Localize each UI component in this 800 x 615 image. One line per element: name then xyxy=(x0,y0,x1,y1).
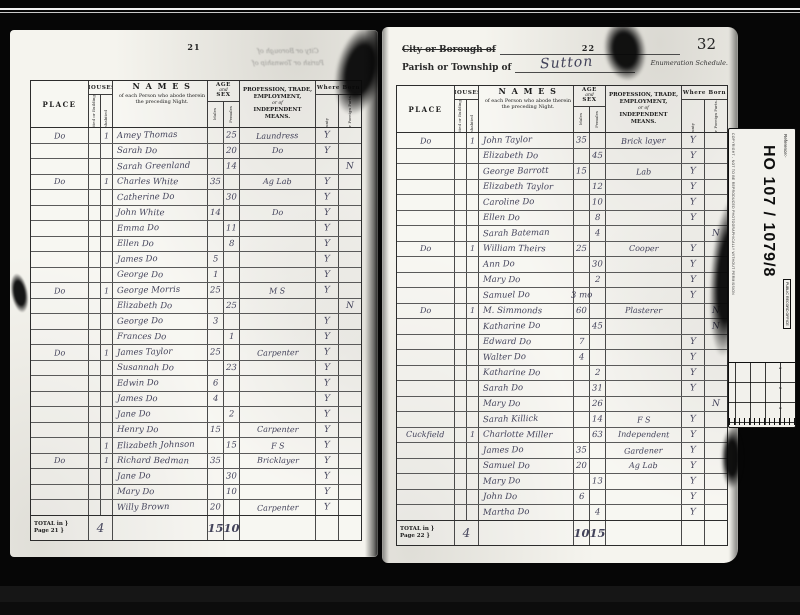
born-foreign-cell: N xyxy=(339,159,361,174)
name-cell: Edward Do xyxy=(479,335,574,350)
age-female-cell: 8 xyxy=(224,237,240,252)
place-cell xyxy=(31,314,89,329)
age-male-cell xyxy=(574,381,590,396)
place-cell xyxy=(31,330,89,345)
inhabited-cell xyxy=(101,361,113,376)
profession-cell: Laundress xyxy=(240,128,316,143)
age-male-cell: 14 xyxy=(208,206,224,221)
reference-label: Reference:- xyxy=(783,134,788,158)
inhabited-cell xyxy=(101,268,113,283)
uninhabited-cell xyxy=(89,252,101,267)
age-female-cell xyxy=(590,443,606,458)
uninhabited-cell xyxy=(455,211,467,226)
age-female-cell: 4 xyxy=(590,226,606,241)
born-county-subheader: Whether Born in same County xyxy=(682,100,705,132)
profession-cell: Do xyxy=(240,206,316,221)
born-county-cell: Y xyxy=(682,149,705,164)
place-cell: Do xyxy=(31,175,89,190)
inhabited-cell xyxy=(101,299,113,314)
born-county-cell: Y xyxy=(682,412,705,427)
born-county-cell: Y xyxy=(316,283,339,298)
table-row: Ann Do30Y xyxy=(397,257,727,273)
uninhabited-cell xyxy=(89,314,101,329)
name-cell: Katharine Do xyxy=(479,319,574,334)
copyright-notice: COPYRIGHT - NOT TO BE REPRODUCED PHOTOGR… xyxy=(731,133,735,353)
age-male-cell: 15 xyxy=(208,423,224,438)
born-county-cell: Y xyxy=(316,252,339,267)
table-body: Do1John Taylor35Brick layerYElizabeth Do… xyxy=(397,133,727,520)
table-header: PLACE HOUSES Uninhabited or Building Inh… xyxy=(397,86,727,133)
born-county-cell: Y xyxy=(682,288,705,303)
inhabited-cell xyxy=(467,211,479,226)
age-female-cell xyxy=(590,490,606,505)
age-female-cell: 10 xyxy=(224,485,240,500)
age-male-cell xyxy=(574,195,590,210)
table-row: Catherine Do30Y xyxy=(31,190,361,206)
name-cell: James Do xyxy=(479,443,574,458)
age-male-cell: 15 xyxy=(574,164,590,179)
uninhabited-cell xyxy=(455,164,467,179)
name-cell: Mary Do xyxy=(479,273,574,288)
inhabited-subheader: Inhabited xyxy=(467,100,478,132)
profession-cell xyxy=(240,237,316,252)
place-cell xyxy=(397,226,455,241)
table-row: Sarah Do31Y xyxy=(397,381,727,397)
archive-reference-card: Reference:- HO 107 / 1079/8 PUBLIC RECOR… xyxy=(728,128,796,428)
age-sex-column-header: AGE and SEX Males Females xyxy=(574,86,606,132)
born-foreign-cell: N xyxy=(705,397,727,412)
table-row: George Do3Y xyxy=(31,314,361,330)
born-foreign-cell xyxy=(339,237,361,252)
uninhabited-cell xyxy=(455,133,467,148)
inhabited-cell xyxy=(467,366,479,381)
age-male-cell xyxy=(208,190,224,205)
uninhabited-cell xyxy=(89,237,101,252)
born-county-cell: Y xyxy=(316,392,339,407)
age-female-cell: 2 xyxy=(224,407,240,422)
born-foreign-cell xyxy=(339,345,361,360)
born-county-cell: Y xyxy=(316,361,339,376)
age-female-cell: 14 xyxy=(224,159,240,174)
profession-cell xyxy=(240,190,316,205)
inhabited-cell xyxy=(467,412,479,427)
profession-cell: Gardener xyxy=(606,443,682,458)
inhabited-cell xyxy=(467,350,479,365)
uninhabited-cell xyxy=(455,381,467,396)
profession-column-header: PROFESSION, TRADE, EMPLOYMENT, or of IND… xyxy=(606,86,682,132)
age-male-cell: 35 xyxy=(208,175,224,190)
place-cell: Do xyxy=(31,454,89,469)
profession-cell: Carpenter xyxy=(240,500,316,515)
born-foreign-cell xyxy=(339,361,361,376)
age-female-cell: 20 xyxy=(224,144,240,159)
age-female-cell xyxy=(224,252,240,267)
inhabited-cell xyxy=(101,252,113,267)
uninhabited-cell xyxy=(89,175,101,190)
profession-cell xyxy=(606,490,682,505)
age-female-cell xyxy=(224,314,240,329)
table-row: Jane Do2Y xyxy=(31,407,361,423)
name-cell: Henry Do xyxy=(113,423,208,438)
born-foreign-cell xyxy=(339,469,361,484)
born-foreign-cell xyxy=(339,206,361,221)
total-spacer xyxy=(606,521,682,545)
inhabited-cell xyxy=(467,335,479,350)
name-cell: Elizabeth Do xyxy=(113,299,208,314)
born-county-cell: Y xyxy=(682,350,705,365)
table-row: Jane Do30Y xyxy=(31,469,361,485)
age-male-cell xyxy=(574,474,590,489)
name-cell: Frances Do xyxy=(113,330,208,345)
born-county-cell: Y xyxy=(682,211,705,226)
table-row: Do1Richard Bedman35BricklayerY xyxy=(31,454,361,470)
profession-cell xyxy=(240,252,316,267)
inhabited-cell xyxy=(101,485,113,500)
born-county-cell: Y xyxy=(682,180,705,195)
profession-cell xyxy=(240,159,316,174)
place-cell xyxy=(31,407,89,422)
age-male-cell xyxy=(574,397,590,412)
age-male-cell xyxy=(574,366,590,381)
age-female-cell: 63 xyxy=(590,428,606,443)
uninhabited-subheader: Uninhabited or Building xyxy=(455,100,467,132)
name-cell: M. Simmonds xyxy=(479,304,574,319)
name-cell: Catherine Do xyxy=(113,190,208,205)
inhabited-cell xyxy=(467,226,479,241)
measurement-ruler: 1 2 3 xyxy=(729,362,795,425)
inhabited-cell xyxy=(101,500,113,515)
inhabited-cell xyxy=(467,459,479,474)
name-cell: Sarah Killick xyxy=(479,412,574,427)
total-males-cell: 15 xyxy=(208,516,224,540)
age-female-cell xyxy=(224,283,240,298)
total-females-cell: 10 xyxy=(224,516,240,540)
census-page-right: 22 32 Enumeration Schedule. City or Boro… xyxy=(382,27,738,563)
table-row: Martha Do4Y xyxy=(397,505,727,520)
table-row: Sarah Bateman4N xyxy=(397,226,727,242)
inhabited-cell xyxy=(467,180,479,195)
name-cell: James Do xyxy=(113,252,208,267)
age-male-cell xyxy=(574,257,590,272)
profession-cell xyxy=(606,257,682,272)
profession-cell: Bricklayer xyxy=(240,454,316,469)
place-cell xyxy=(31,376,89,391)
inhabited-cell: 1 xyxy=(101,283,113,298)
born-county-cell: Y xyxy=(682,381,705,396)
place-cell xyxy=(397,273,455,288)
table-row: Mary Do13Y xyxy=(397,474,727,490)
uninhabited-cell xyxy=(455,149,467,164)
born-county-cell: Y xyxy=(682,195,705,210)
place-cell xyxy=(397,443,455,458)
name-cell: Elizabeth Taylor xyxy=(479,180,574,195)
parish-name-handwritten: Sutton xyxy=(540,54,594,73)
total-label: TOTAL in } Page 21 } xyxy=(31,516,89,540)
uninhabited-cell xyxy=(89,392,101,407)
inhabited-cell xyxy=(101,330,113,345)
age-male-cell: 4 xyxy=(574,350,590,365)
inhabited-cell xyxy=(467,319,479,334)
born-county-cell: Y xyxy=(316,268,339,283)
born-county-cell: Y xyxy=(316,330,339,345)
age-male-cell xyxy=(574,211,590,226)
inhabited-cell: 1 xyxy=(101,128,113,143)
table-row: Henry Do15CarpenterY xyxy=(31,423,361,439)
profession-cell xyxy=(606,180,682,195)
age-male-cell xyxy=(208,144,224,159)
profession-cell: F S xyxy=(606,412,682,427)
born-county-cell: Y xyxy=(316,221,339,236)
uninhabited-cell xyxy=(89,221,101,236)
place-cell: Do xyxy=(397,133,455,148)
born-county-cell xyxy=(682,319,705,334)
age-male-cell xyxy=(574,428,590,443)
total-females-cell: 15 xyxy=(590,521,606,545)
profession-cell xyxy=(240,392,316,407)
table-row: Ellen Do8Y xyxy=(31,237,361,253)
table-row: Do1James Taylor25CarpenterY xyxy=(31,345,361,361)
uninhabited-cell xyxy=(89,268,101,283)
place-cell xyxy=(31,361,89,376)
age-male-cell xyxy=(208,438,224,453)
born-county-cell: Y xyxy=(682,133,705,148)
born-county-cell: Y xyxy=(316,438,339,453)
table-row: Do1George Morris25M SY xyxy=(31,283,361,299)
houses-column-header: HOUSES Uninhabited or Building Inhabited xyxy=(89,81,113,127)
uninhabited-cell xyxy=(89,283,101,298)
table-row: Do1Charles White35Ag LabY xyxy=(31,175,361,191)
inhabited-cell xyxy=(101,237,113,252)
age-female-cell xyxy=(224,423,240,438)
uninhabited-cell xyxy=(455,366,467,381)
age-male-cell xyxy=(208,221,224,236)
uninhabited-cell xyxy=(89,469,101,484)
profession-cell xyxy=(606,226,682,241)
houses-column-header: HOUSES Uninhabited or Building Inhabited xyxy=(455,86,479,132)
born-county-cell: Y xyxy=(316,345,339,360)
uninhabited-cell xyxy=(89,190,101,205)
place-cell xyxy=(31,423,89,438)
age-female-cell: 31 xyxy=(590,381,606,396)
table-row: Sarah Killick14F SY xyxy=(397,412,727,428)
born-county-cell xyxy=(316,159,339,174)
born-county-cell: Y xyxy=(682,428,705,443)
place-cell xyxy=(397,505,455,520)
uninhabited-cell xyxy=(455,319,467,334)
age-female-cell: 45 xyxy=(590,149,606,164)
name-cell: Richard Bedman xyxy=(113,454,208,469)
inhabited-cell xyxy=(101,159,113,174)
place-cell xyxy=(31,268,89,283)
age-male-cell: 4 xyxy=(208,392,224,407)
born-county-cell: Y xyxy=(316,485,339,500)
age-female-cell xyxy=(224,206,240,221)
born-county-cell: Y xyxy=(316,423,339,438)
uninhabited-cell xyxy=(455,226,467,241)
table-row: Willy Brown20CarpenterY xyxy=(31,500,361,515)
age-female-cell xyxy=(224,454,240,469)
place-cell xyxy=(31,237,89,252)
born-county-cell: Y xyxy=(316,500,339,515)
age-female-cell xyxy=(590,304,606,319)
inhabited-cell xyxy=(101,376,113,391)
age-female-cell: 2 xyxy=(590,273,606,288)
profession-cell xyxy=(606,474,682,489)
profession-cell: Plasterer xyxy=(606,304,682,319)
name-cell: John White xyxy=(113,206,208,221)
place-cell xyxy=(31,469,89,484)
public-record-office-stamp: PUBLIC RECORD OFFICE xyxy=(783,279,791,329)
name-cell: George Do xyxy=(113,314,208,329)
place-cell xyxy=(397,459,455,474)
name-cell: Emma Do xyxy=(113,221,208,236)
age-male-cell xyxy=(574,505,590,520)
born-foreign-cell xyxy=(339,485,361,500)
table-row: Elizabeth Do45Y xyxy=(397,149,727,165)
total-houses-cell: 4 xyxy=(89,516,113,540)
inhabited-cell: 1 xyxy=(467,428,479,443)
table-row: Mary Do10Y xyxy=(31,485,361,501)
born-county-cell: Y xyxy=(316,128,339,143)
inhabited-cell xyxy=(467,490,479,505)
age-male-cell: 25 xyxy=(574,242,590,257)
age-female-cell: 8 xyxy=(590,211,606,226)
table-row: Edward Do7Y xyxy=(397,335,727,351)
born-county-cell: Y xyxy=(682,443,705,458)
ink-blot xyxy=(8,272,32,314)
age-female-cell: 11 xyxy=(224,221,240,236)
profession-cell xyxy=(606,505,682,520)
inhabited-cell xyxy=(467,164,479,179)
uninhabited-cell xyxy=(89,438,101,453)
uninhabited-cell xyxy=(455,490,467,505)
profession-cell xyxy=(240,221,316,236)
name-cell: Mary Do xyxy=(479,474,574,489)
born-foreign-cell xyxy=(339,190,361,205)
reference-number: HO 107 / 1079/8 xyxy=(759,145,777,277)
inhabited-cell xyxy=(467,273,479,288)
place-cell xyxy=(397,412,455,427)
born-county-cell: Y xyxy=(316,407,339,422)
names-column-header: N A M E S of each Person who abode there… xyxy=(479,86,574,132)
born-county-cell: Y xyxy=(316,469,339,484)
age-male-cell xyxy=(208,407,224,422)
uninhabited-cell xyxy=(89,144,101,159)
age-male-cell xyxy=(208,299,224,314)
uninhabited-cell xyxy=(455,443,467,458)
name-cell: Caroline Do xyxy=(479,195,574,210)
table-body: Do1Amey Thomas25LaundressYSarah Do20DoYS… xyxy=(31,128,361,515)
name-cell: James Taylor xyxy=(113,345,208,360)
place-cell xyxy=(397,381,455,396)
born-county-cell: Y xyxy=(682,459,705,474)
born-foreign-cell xyxy=(339,268,361,283)
table-row: Edwin Do6Y xyxy=(31,376,361,392)
uninhabited-cell xyxy=(455,273,467,288)
age-male-cell xyxy=(208,330,224,345)
born-foreign-cell xyxy=(339,175,361,190)
profession-cell: Ag Lab xyxy=(240,175,316,190)
profession-cell xyxy=(606,211,682,226)
total-row: TOTAL in } Page 22 } 4 10 15 xyxy=(397,520,727,545)
born-foreign-cell xyxy=(705,381,727,396)
name-cell: Samuel Do xyxy=(479,459,574,474)
age-female-cell: 26 xyxy=(590,397,606,412)
place-cell xyxy=(31,392,89,407)
census-table-right: PLACE HOUSES Uninhabited or Building Inh… xyxy=(396,85,728,546)
uninhabited-cell xyxy=(89,500,101,515)
age-male-cell: 7 xyxy=(574,335,590,350)
females-subheader: Females xyxy=(224,102,239,127)
total-males-cell: 10 xyxy=(574,521,590,545)
age-female-cell xyxy=(590,133,606,148)
age-male-cell: 3 xyxy=(208,314,224,329)
profession-cell xyxy=(606,195,682,210)
place-cell: Do xyxy=(397,304,455,319)
age-female-cell xyxy=(590,350,606,365)
males-subheader: Males xyxy=(208,102,224,127)
total-spacer xyxy=(682,521,705,545)
uninhabited-cell xyxy=(455,397,467,412)
age-male-cell: 1 xyxy=(208,268,224,283)
born-county-cell: Y xyxy=(682,242,705,257)
age-female-cell xyxy=(590,288,606,303)
table-row: Ellen Do8Y xyxy=(397,211,727,227)
uninhabited-cell xyxy=(89,361,101,376)
name-cell: Sarah Bateman xyxy=(479,226,574,241)
age-female-cell xyxy=(590,242,606,257)
place-cell xyxy=(31,190,89,205)
uninhabited-cell xyxy=(455,428,467,443)
name-cell: Sarah Greenland xyxy=(113,159,208,174)
born-foreign-cell xyxy=(705,412,727,427)
age-male-cell xyxy=(208,128,224,143)
inhabited-cell xyxy=(101,407,113,422)
age-male-cell: 6 xyxy=(208,376,224,391)
profession-cell: Independent xyxy=(606,428,682,443)
total-spacer xyxy=(240,516,316,540)
name-cell: Jane Do xyxy=(113,407,208,422)
age-female-cell: 2 xyxy=(590,366,606,381)
inhabited-cell xyxy=(467,149,479,164)
uninhabited-cell xyxy=(89,330,101,345)
uninhabited-cell xyxy=(455,412,467,427)
film-bottom-band xyxy=(0,602,800,615)
born-county-cell: Y xyxy=(316,144,339,159)
age-female-cell xyxy=(590,164,606,179)
profession-cell: M S xyxy=(240,283,316,298)
table-row: Sarah Greenland14N xyxy=(31,159,361,175)
name-cell: Edwin Do xyxy=(113,376,208,391)
uninhabited-cell xyxy=(89,159,101,174)
profession-cell: Ag Lab xyxy=(606,459,682,474)
born-foreign-cell xyxy=(339,376,361,391)
profession-cell: Carpenter xyxy=(240,423,316,438)
table-row: Samuel Do3 moY xyxy=(397,288,727,304)
born-county-cell: Y xyxy=(316,376,339,391)
census-page-left: 21 City or Borough of Parish or Township… xyxy=(10,30,378,557)
profession-cell xyxy=(240,361,316,376)
table-row: James Do5Y xyxy=(31,252,361,268)
uninhabited-cell xyxy=(455,474,467,489)
uninhabited-cell xyxy=(455,180,467,195)
parish-township-line: Parish or Township of xyxy=(402,63,635,73)
age-female-cell: 30 xyxy=(590,257,606,272)
inhabited-cell xyxy=(101,206,113,221)
age-female-cell: 23 xyxy=(224,361,240,376)
place-cell: Cuckfield xyxy=(397,428,455,443)
born-county-cell: Y xyxy=(316,175,339,190)
